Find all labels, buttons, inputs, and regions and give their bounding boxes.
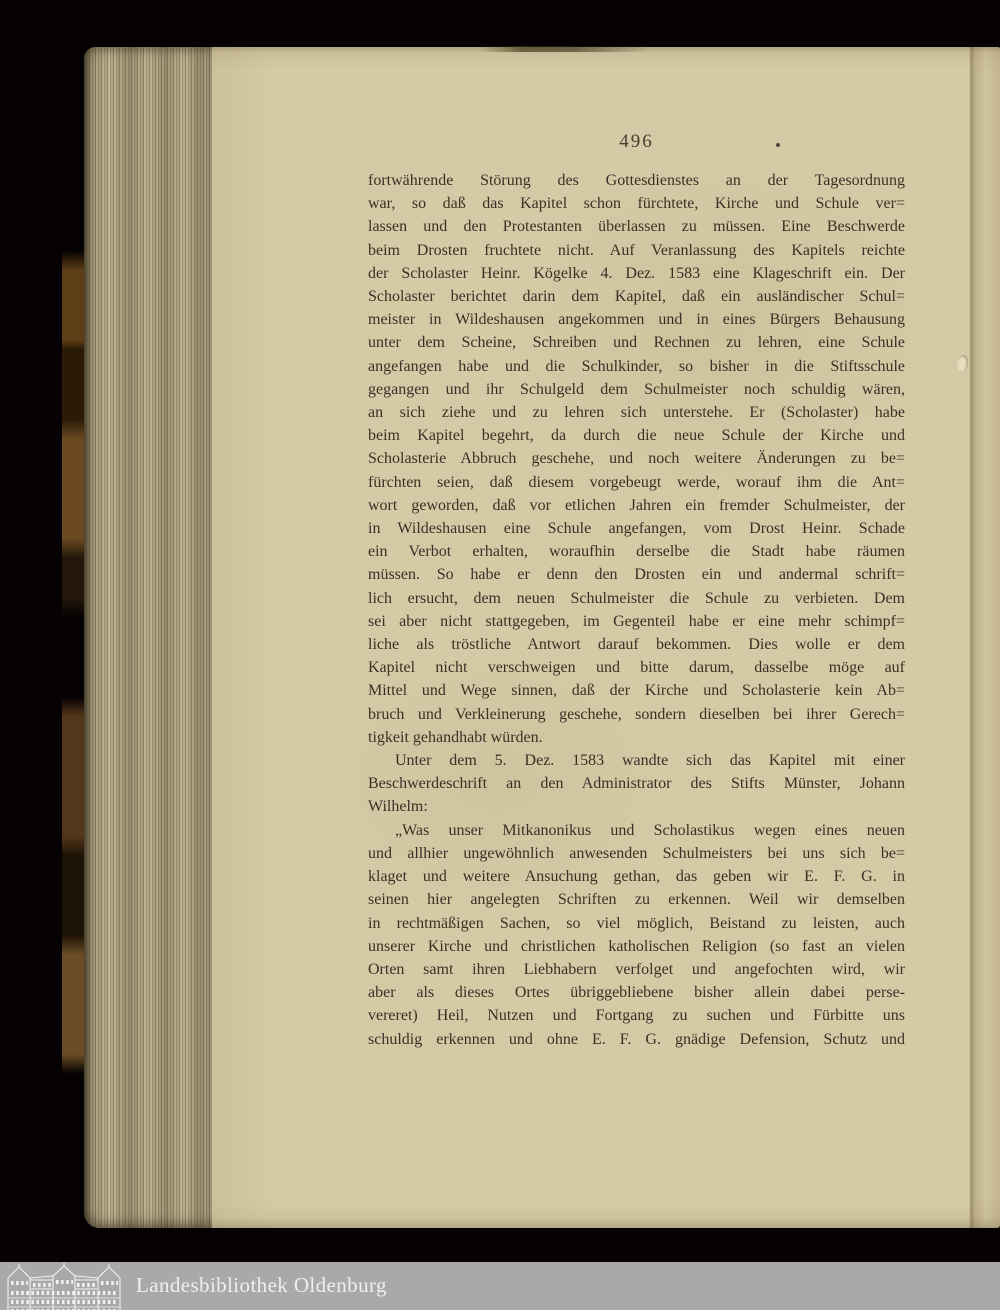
text-line: angefangen habe und die Schulkinder, so … [368,355,905,378]
text-line: beim Drosten fruchtete nicht. Auf Veranl… [368,239,905,262]
text-line: Orten samt ihren Liebhabern verfolget un… [368,958,905,981]
text-line: Wilhelm: [368,795,905,818]
text-line: schuldig erkennen und ohne E. F. G. gnäd… [368,1028,905,1051]
paper-blemish [957,355,968,372]
book-page: 496 fortwährende Störung des Gottesdiens… [84,47,1000,1228]
text-line: bruch und Verkleinerung geschehe, sonder… [368,703,905,726]
library-name: Landesbibliothek Oldenburg [136,1262,387,1310]
text-line: in rechtmäßigen Sachen, so viel möglich,… [368,912,905,935]
facing-page-sliver [973,47,1000,1228]
text-line: Unter dem 5. Dez. 1583 wandte sich das K… [368,749,905,772]
text-line: der Scholaster Heinr. Kögelke 4. Dez. 15… [368,262,905,285]
text-line: sei aber nicht stattgegeben, im Gegentei… [368,610,905,633]
text-line: an sich ziehe und zu lehren sich unterst… [368,401,905,424]
text-line: lassen und den Protestanten überlassen z… [368,215,905,238]
text-line: wort geworden, daß vor etlichen Jahren e… [368,494,905,517]
text-line: Beschwerdeschrift an den Administrator d… [368,772,905,795]
text-line: gegangen und ihr Schulgeld dem Schulmeis… [368,378,905,401]
text-line: Mittel und Wege sinnen, daß der Kirche u… [368,679,905,702]
text-line: fortwährende Störung des Gottesdienstes … [368,169,905,192]
text-block: fortwährende Störung des Gottesdienstes … [368,169,905,1051]
text-line: liche als tröstliche Antwort darauf beko… [368,633,905,656]
text-line: vereret) Heil, Nutzen und Fortgang zu su… [368,1004,905,1027]
text-line: seinen hier angelegten Schriften zu erke… [368,888,905,911]
book-scan: 496 fortwährende Störung des Gottesdiens… [0,0,1000,1310]
book-spine-edge [62,201,86,1193]
text-line: und allhier ungewöhnlich anwesenden Schu… [368,842,905,865]
library-footer: Landesbibliothek Oldenburg [0,1262,1000,1310]
text-line: beim Kapitel begehrt, da durch die neue … [368,424,905,447]
text-line: in Wildeshausen eine Schule angefangen, … [368,517,905,540]
top-edge-smudge [480,46,650,52]
text-line: Scholaster berichtet darin dem Kapitel, … [368,285,905,308]
text-line: unserer Kirche und christlichen katholis… [368,935,905,958]
text-line: Scholasterie Abbruch geschehe, und noch … [368,447,905,470]
page-edge-stack [84,47,212,1228]
text-line: war, so daß das Kapitel schon fürchtete,… [368,192,905,215]
library-building-icon [5,1263,123,1310]
text-line: müssen. So habe er denn den Drosten ein … [368,563,905,586]
text-line: Kapitel nicht verschweigen und bitte dar… [368,656,905,679]
building-windows [11,1282,118,1310]
text-line: meister in Wildeshausen angekommen und i… [368,308,905,331]
text-line: lich ersucht, dem neuen Schulmeister die… [368,587,905,610]
text-line: tigkeit gehandhabt würden. [368,726,905,749]
text-line: „Was unser Mitkanonikus und Scholastikus… [368,819,905,842]
text-line: klaget und weitere Ansuchung gethan, das… [368,865,905,888]
text-line: aber als dieses Ortes übriggebliebene bi… [368,981,905,1004]
text-line: ein Verbot erhalten, woraufhin derselbe … [368,540,905,563]
text-line: fürchten seien, daß diesem vorgebeugt we… [368,471,905,494]
page-number: 496 [368,131,905,153]
text-line: unter dem Scheine, Schreiben und Rechnen… [368,331,905,354]
